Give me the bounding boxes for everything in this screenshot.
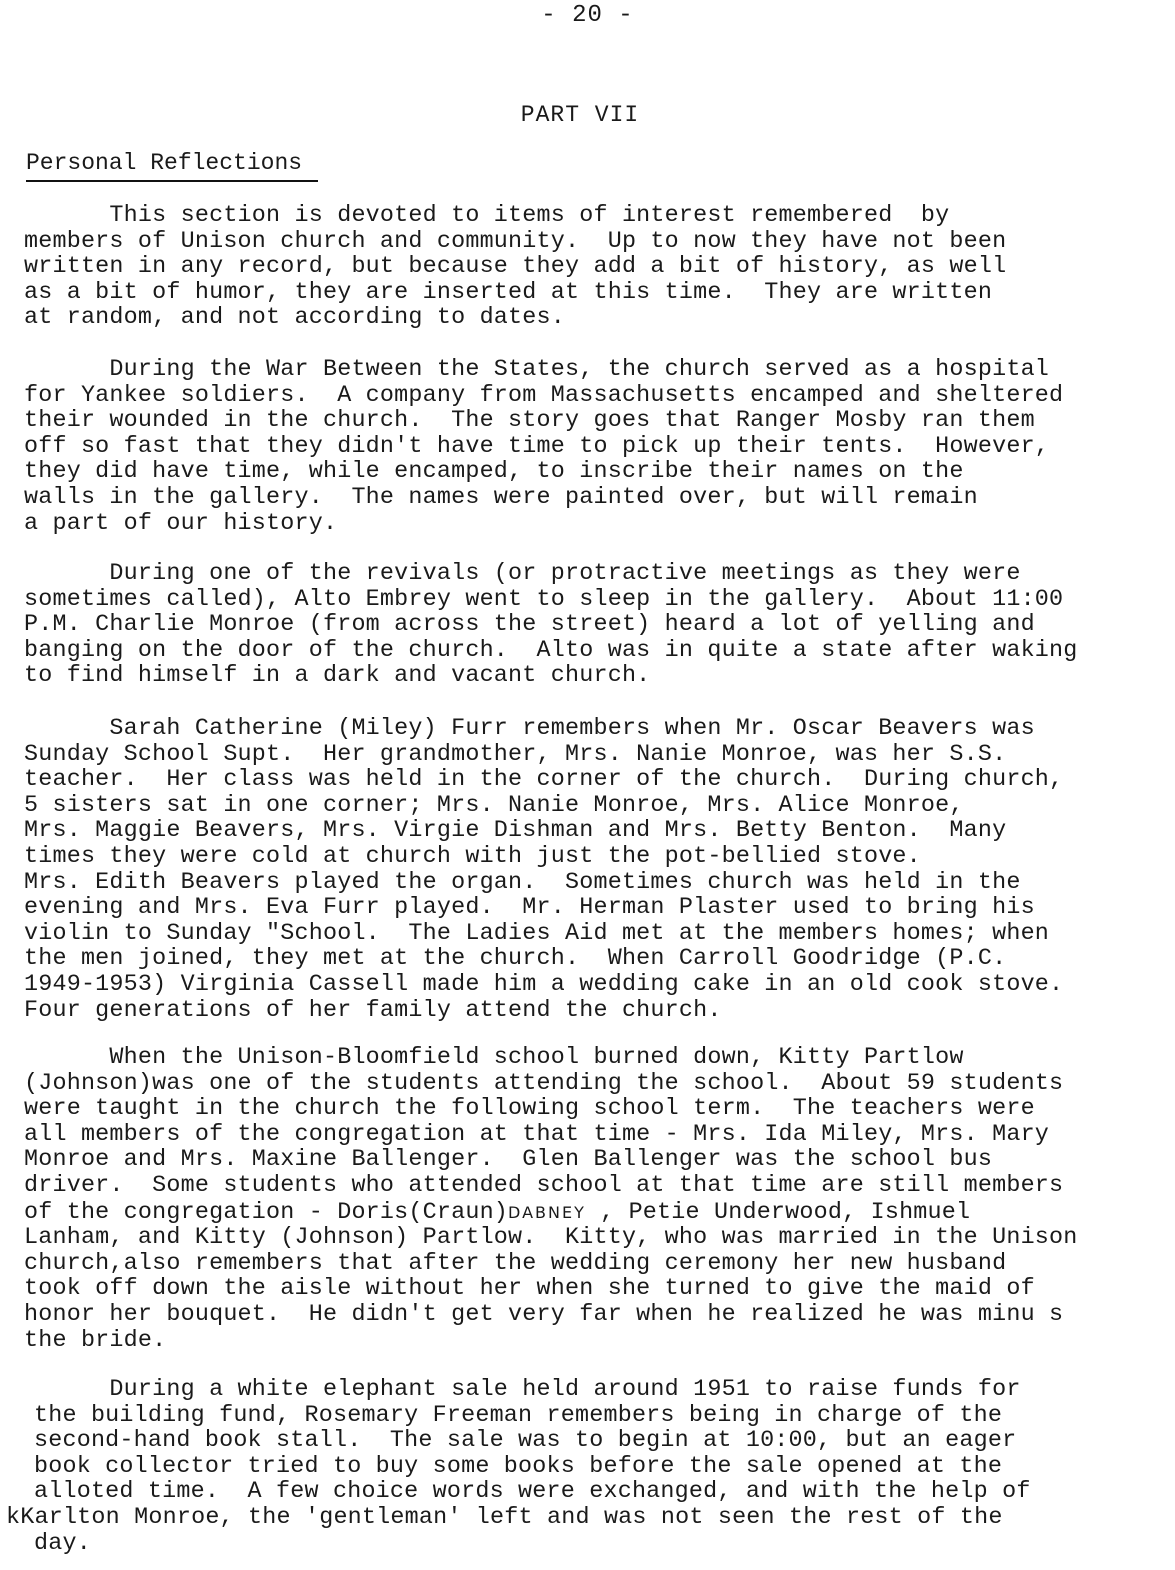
text-line: Sarah Catherine (Miley) Furr remembers w… [24,717,1174,743]
text-line: banging on the door of the church. Alto … [24,639,1174,665]
text-line: times they were cold at church with just… [24,845,1174,871]
text-line: kKarlton Monroe, the 'gentleman' left an… [6,1506,1174,1532]
text-line: This section is devoted to items of inte… [24,204,1174,230]
text-line: written in any record, but because they … [24,255,1174,281]
paragraph-war-between-states: During the War Between the States, the c… [24,358,1174,537]
text-line: Monroe and Mrs. Maxine Ballenger. Glen B… [24,1148,1174,1174]
text-line: the men joined, they met at the church. … [24,947,1174,973]
text-line: Lanham, and Kitty (Johnson) Partlow. Kit… [24,1226,1174,1252]
text-line: were taught in the church the following … [24,1097,1174,1123]
text-line: During the War Between the States, the c… [24,358,1174,384]
text-line: day. [34,1532,1174,1558]
text-line: book collector tried to buy some books b… [34,1455,1174,1481]
handwritten-surname: DABNEY [508,1203,586,1222]
text-line: During a white elephant sale held around… [24,1378,1174,1404]
text-line: church,also remembers that after the wed… [24,1252,1174,1278]
text-line: at random, and not according to dates. [24,306,1174,332]
text-line: driver. Some students who attended schoo… [24,1174,1174,1200]
text-line: their wounded in the church. The story g… [24,409,1174,435]
text-line: Mrs. Edith Beavers played the organ. Som… [24,871,1174,897]
text-line: alloted time. A few choice words were ex… [34,1480,1174,1506]
text-line: they did have time, while encamped, to i… [24,460,1174,486]
text-line: off so fast that they didn't have time t… [24,435,1174,461]
text-line: Sunday School Supt. Her grandmother, Mrs… [24,743,1174,769]
text-line: for Yankee soldiers. A company from Mass… [24,384,1174,410]
paragraph-sarah-catherine: Sarah Catherine (Miley) Furr remembers w… [24,717,1174,1024]
text-line: P.M. Charlie Monroe (from across the str… [24,613,1174,639]
text-line: took off down the aisle without her when… [24,1277,1174,1303]
section-heading: Personal Reflections [26,150,318,182]
text-line: of the congregation - Doris(Craun)DABNEY… [24,1200,1174,1227]
text-line: honor her bouquet. He didn't get very fa… [24,1303,1174,1329]
text-line: the building fund, Rosemary Freeman reme… [34,1404,1174,1430]
paragraph-school-burned: When the Unison-Bloomfield school burned… [24,1046,1174,1354]
text-line: the bride. [24,1329,1174,1355]
page-number: - 20 - [0,2,1175,29]
text-line: all members of the congregation at that … [24,1123,1174,1149]
text-line: as a bit of humor, they are inserted at … [24,281,1174,307]
text-line: Four generations of her family attend th… [24,999,1174,1025]
text-line: walls in the gallery. The names were pai… [24,486,1174,512]
paragraph-intro: This section is devoted to items of inte… [24,204,1174,332]
paragraph-white-elephant-sale: During a white elephant sale held around… [24,1378,1174,1557]
paragraph-revivals: During one of the revivals (or protracti… [24,562,1174,690]
text-line: When the Unison-Bloomfield school burned… [24,1046,1174,1072]
text-line: a part of our history. [24,512,1174,538]
text-line: Mrs. Maggie Beavers, Mrs. Virgie Dishman… [24,819,1174,845]
text-line: members of Unison church and community. … [24,230,1174,256]
text-line: second-hand book stall. The sale was to … [34,1429,1174,1455]
text-line: During one of the revivals (or protracti… [24,562,1174,588]
circled-name: (Johnson) [24,1071,152,1097]
text-line: teacher. Her class was held in the corne… [24,768,1174,794]
text-line: to find himself in a dark and vacant chu… [24,664,1174,690]
text-line: 1949-1953) Virginia Cassell made him a w… [24,973,1174,999]
part-title: PART VII [0,102,1160,128]
text-line: (Johnson)was one of the students attendi… [24,1072,1174,1098]
text-line: violin to Sunday "School. The Ladies Aid… [24,922,1174,948]
text-line: evening and Mrs. Eva Furr played. Mr. He… [24,896,1174,922]
text-line: 5 sisters sat in one corner; Mrs. Nanie … [24,794,1174,820]
text-line: sometimes called), Alto Embrey went to s… [24,588,1174,614]
